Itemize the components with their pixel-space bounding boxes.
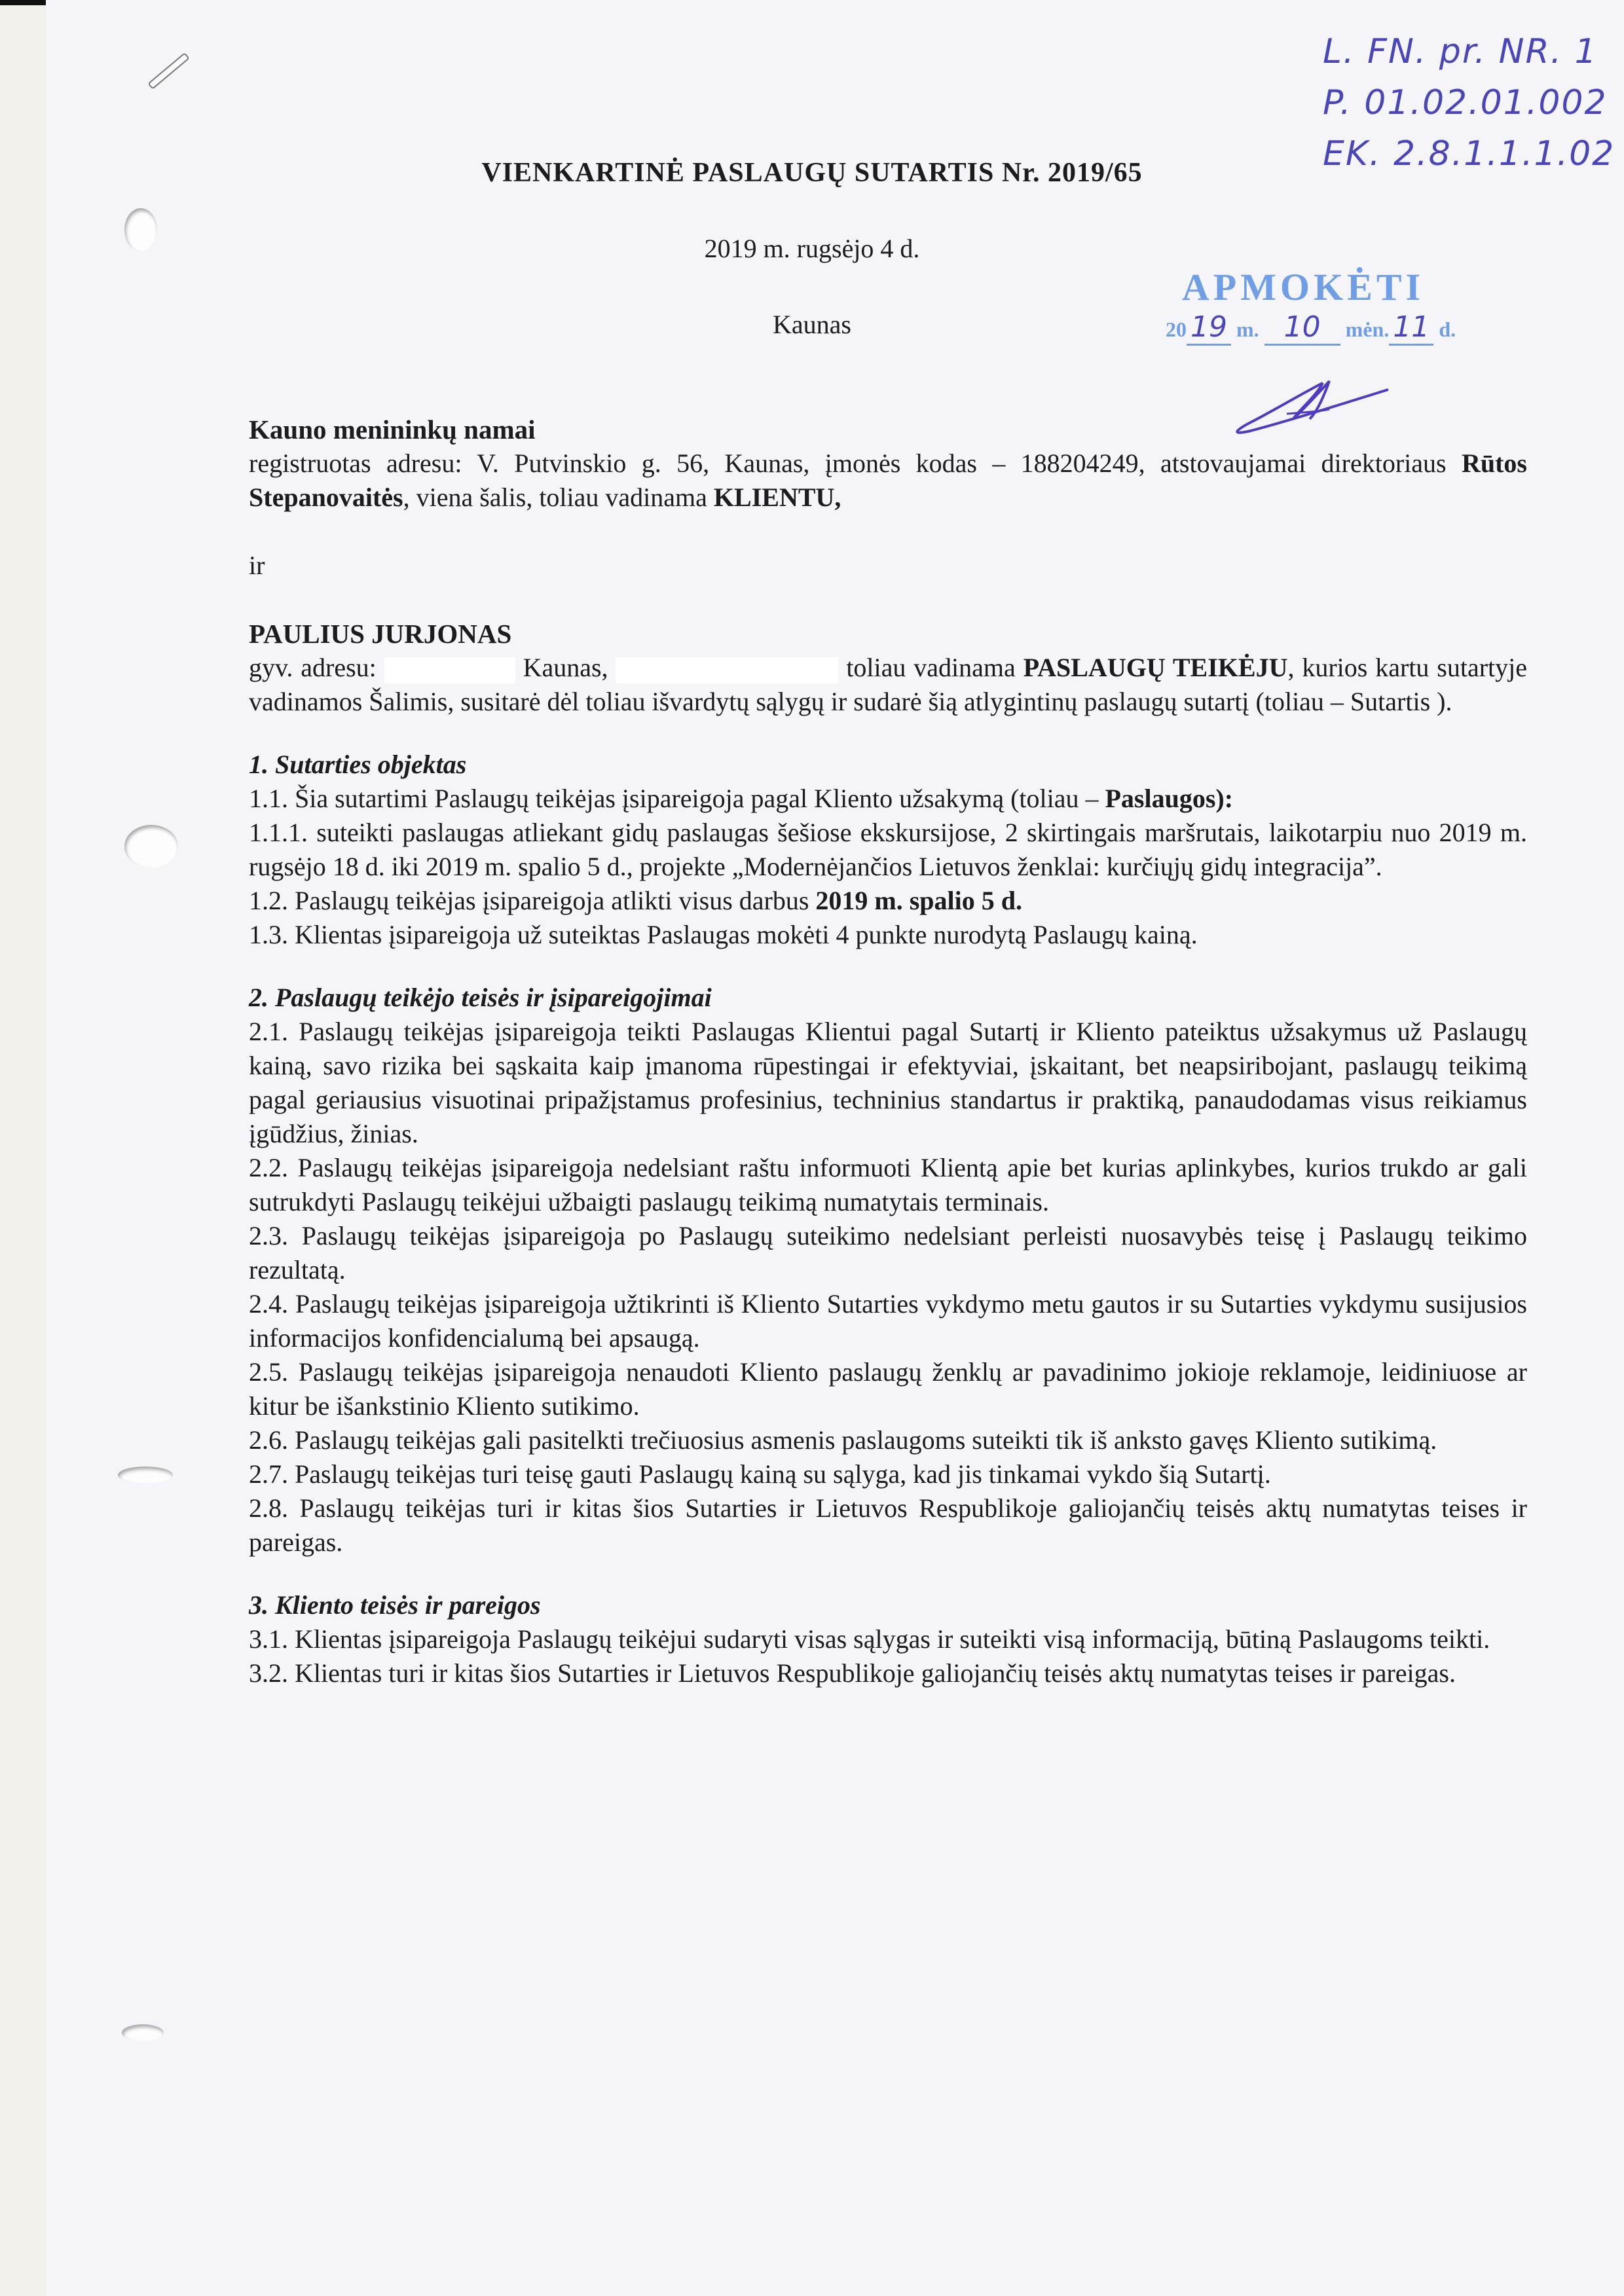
clause-1-3: 1.3. Klientas įsipareigoja už suteiktas … [249,918,1527,952]
staple-mark [147,52,189,90]
handwritten-accounting-note: L. FN. pr. NR. 1 P. 01.02.01.002 EK. 2.8… [1323,26,1615,179]
clause-1-1-1: 1.1.1. suteikti paslaugas atliekant gidų… [249,816,1527,884]
clause-bold: Paslaugos): [1105,784,1233,813]
punch-hole-2 [124,825,178,868]
clause-3-1: 3.1. Klientas įsipareigoja Paslaugų teik… [249,1622,1527,1656]
stamp-year-prefix: 20 [1166,318,1187,341]
clause-2-3: 2.3. Paslaugų teikėjas įsipareigoja po P… [249,1219,1527,1287]
client-role: KLIENTU, [714,483,841,512]
provider-address-label: gyv. adresu: [249,653,377,682]
clause-2-7: 2.7. Paslaugų teikėjas turi teisę gauti … [249,1457,1527,1491]
provider-text: toliau vadinama [838,653,1023,682]
stamp-men-label: mėn. [1346,318,1390,341]
contract-body: Kauno menininkų namai registruotas adres… [249,412,1527,1690]
client-details: registruotas adresu: V. Putvinskio g. 56… [249,446,1527,515]
redacted-street [384,657,515,683]
stamp-day-hand: 11 [1389,310,1433,346]
section-1-title: 1. Sutarties objektas [249,748,1527,782]
stamp-d-label: d. [1439,318,1456,341]
paid-stamp: APMOKĖTI 2019 m. 10 mėn.11 d. [1166,265,1441,344]
clause-2-2: 2.2. Paslaugų teikėjas įsipareigoja nede… [249,1151,1527,1219]
handwritten-line: P. 01.02.01.002 [1323,77,1615,128]
section-3-title: 3. Kliento teisės ir pareigos [249,1588,1527,1622]
clause-1-1: 1.1. Šia sutartimi Paslaugų teikėjas įsi… [249,782,1527,816]
stamp-label: APMOKĖTI [1166,265,1441,309]
clause-text: 1.2. Paslaugų teikėjas įsipareigoja atli… [249,886,815,915]
punch-hole-4 [122,2024,164,2041]
client-text: , viena šalis, toliau vadinama [403,483,714,512]
clause-text: 1.1. Šia sutartimi Paslaugų teikėjas įsi… [249,784,1105,813]
document-date: 2019 m. rugsėjo 4 d. [0,233,1624,264]
clause-2-4: 2.4. Paslaugų teikėjas įsipareigoja užti… [249,1287,1527,1355]
clause-3-2: 3.2. Klientas turi ir kitas šios Sutarti… [249,1656,1527,1690]
section-2-title: 2. Paslaugų teikėjo teisės ir įsipareigo… [249,981,1527,1015]
clause-2-8: 2.8. Paslaugų teikėjas turi ir kitas šio… [249,1491,1527,1559]
clause-bold: 2019 m. spalio 5 d. [815,886,1022,915]
scanner-edge [0,0,46,2296]
stamp-year-hand: 19 [1187,310,1231,346]
provider-name: PAULIUS JURJONAS [249,617,1527,651]
clause-2-5: 2.5. Paslaugų teikėjas įsipareigoja nena… [249,1355,1527,1423]
handwritten-line: L. FN. pr. NR. 1 [1323,26,1615,77]
document-title: VIENKARTINĖ PASLAUGŲ SUTARTIS Nr. 2019/6… [0,157,1624,189]
provider-city: Kaunas, [523,653,608,682]
clause-2-1: 2.1. Paslaugų teikėjas įsipareigoja teik… [249,1015,1527,1151]
conjunction: ir [249,549,1527,583]
provider-role: PASLAUGŲ TEIKĖJU [1024,653,1288,682]
clause-2-6: 2.6. Paslaugų teikėjas gali pasitelkti t… [249,1423,1527,1457]
client-name: Kauno menininkų namai [249,412,1527,446]
provider-details: gyv. adresu: Kaunas, toliau vadinama PAS… [249,651,1527,719]
punch-hole-3 [118,1467,173,1484]
clause-1-2: 1.2. Paslaugų teikėjas įsipareigoja atli… [249,884,1527,918]
stamp-m-label: m. [1236,318,1259,341]
stamp-month-hand: 10 [1264,310,1340,346]
scanner-corner [0,0,49,5]
client-address: registruotas adresu: V. Putvinskio g. 56… [249,448,1447,478]
redacted-id [616,657,838,683]
stamp-date: 2019 m. 10 mėn.11 d. [1166,310,1441,344]
